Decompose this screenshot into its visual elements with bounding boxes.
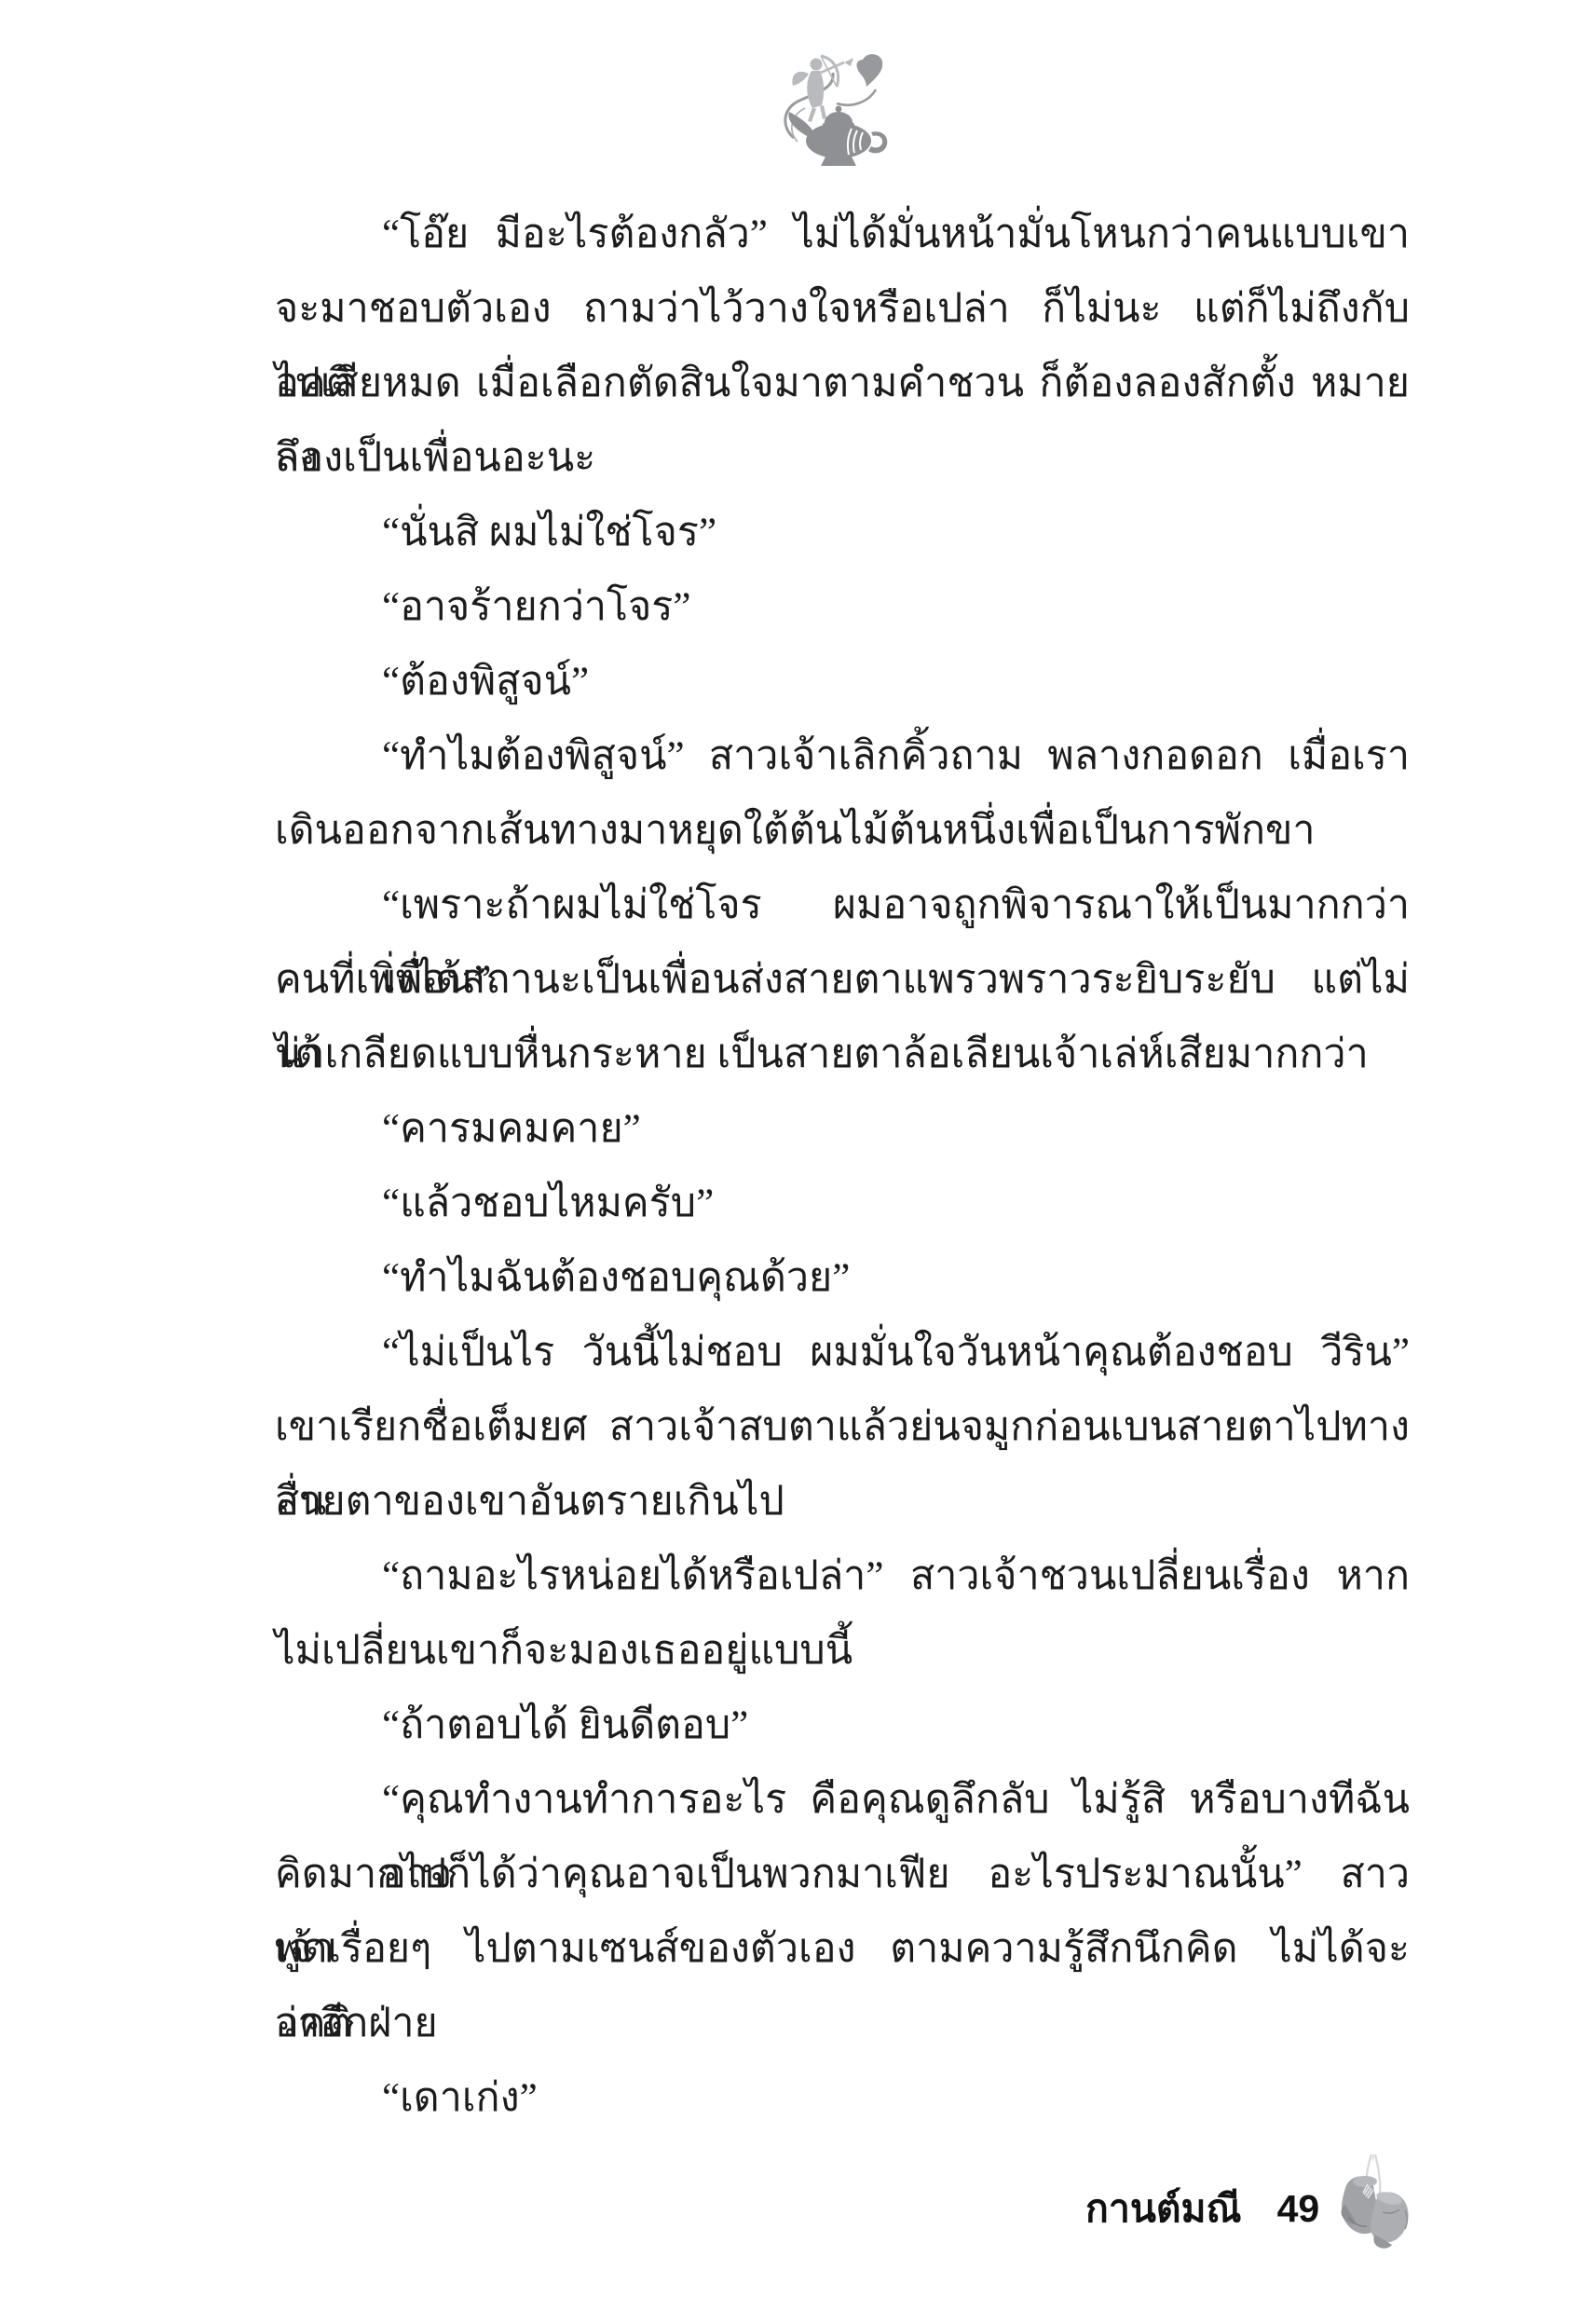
text-line: พูดเรื่อยๆ ไปตามเซนส์ของตัวเอง ตามความรู… [275,1912,1410,1987]
footer: กานต์มณี49 [0,2162,1596,2274]
text-line: “ทำไมต้องพิสูจน์” สาวเจ้าเลิกคิ้วถาม พลา… [275,719,1410,794]
text-line: จะมาชอบตัวเอง ถามว่าไว้วางใจหรือเปล่า ก็… [275,272,1410,347]
text-line: เขาเรียกชื่อเต็มยศ สาวเจ้าสบตาแล้วย่นจมู… [275,1390,1410,1465]
text-line: เดินออกจากเส้นทางมาหยุดใต้ต้นไม้ต้นหนึ่ง… [275,794,1410,868]
text-line: “คารมคมคาย” [275,1092,1410,1167]
text-line: ไปเสียหมด เมื่อเลือกตัดสินใจมาตามคำชวน ก… [275,347,1410,421]
text-line: “แล้วชอบไหมครับ” [275,1167,1410,1241]
text-line: คนที่เพิ่งได้สถานะเป็นเพื่อนส่งสายตาแพรว… [275,943,1410,1018]
text-line: สายตาของเขาอันตรายเกินไป [275,1465,1410,1539]
text-line: น่าเกลียดแบบหื่นกระหาย เป็นสายตาล้อเลียน… [275,1018,1410,1092]
cupid-genie-lamp-icon [779,45,896,175]
text-line: “ต้องพิสูจน์” [275,645,1410,719]
running-footer: กานต์มณี49 [1085,2179,1319,2239]
text-line: ลองเป็นเพื่อนอะนะ [275,421,1410,496]
text-line: “อาจร้ายกว่าโจร” [275,570,1410,645]
page-number: 49 [1277,2187,1320,2230]
text-line: “ถามอะไรหน่อยได้หรือเปล่า” สาวเจ้าชวนเปล… [275,1539,1410,1614]
book-page: “โอ๊ย มีอะไรต้องกลัว” ไม่ได้มั่นหน้ามั่น… [0,0,1596,2311]
text-line: ไม่เปลี่ยนเขาก็จะมองเธออยู่แบบนี้ [275,1614,1410,1689]
text-block: “โอ๊ย มีอะไรต้องกลัว” ไม่ได้มั่นหน้ามั่น… [275,198,1410,2136]
boxing-gloves-icon [1327,2153,1420,2263]
text-line: “ไม่เป็นไร วันนี้ไม่ชอบ ผมมั่นใจวันหน้าค… [275,1316,1410,1390]
book-title: กานต์มณี [1085,2187,1242,2230]
text-line: ว่าอีกฝ่าย [275,1987,1410,2061]
text-line: “เดาเก่ง” [275,2061,1410,2136]
text-line: “ถ้าตอบได้ ยินดีตอบ” [275,1689,1410,1763]
text-line: คิดมากไปก็ได้ว่าคุณอาจเป็นพวกมาเฟีย อะไร… [275,1838,1410,1912]
text-line: “ทำไมฉันต้องชอบคุณด้วย” [275,1241,1410,1316]
text-line: “เพราะถ้าผมไม่ใช่โจร ผมอาจถูกพิจารณาให้เ… [275,868,1410,943]
text-line: “คุณทำงานทำการอะไร คือคุณดูลึกลับ ไม่รู้… [275,1763,1410,1838]
text-line: “โอ๊ย มีอะไรต้องกลัว” ไม่ได้มั่นหน้ามั่น… [275,198,1410,272]
text-line: “นั่นสิ ผมไม่ใช่โจร” [275,496,1410,570]
